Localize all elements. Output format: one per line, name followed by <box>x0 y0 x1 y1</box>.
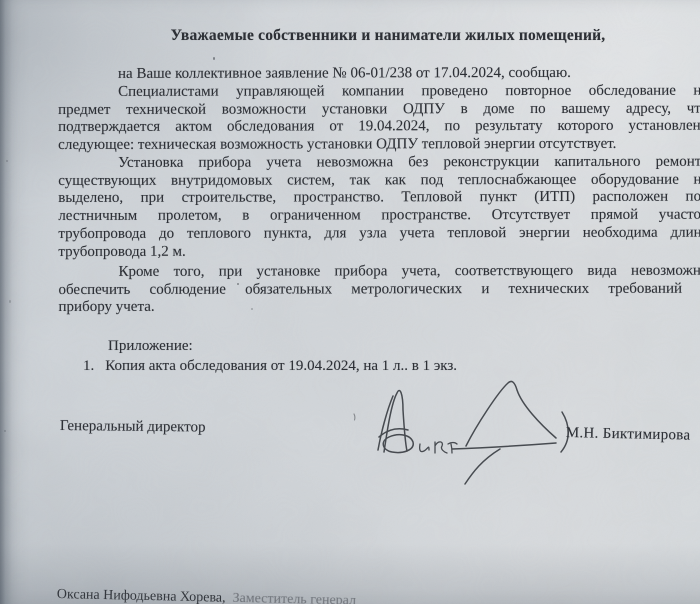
dust-speck <box>237 283 239 285</box>
body-line: Кроме того, при установке прибора учета,… <box>58 262 700 281</box>
body-line: выделено, при строительстве, пространств… <box>58 189 700 208</box>
dust-speck <box>4 430 6 432</box>
body-line: лестничным пролетом, в ограниченном прос… <box>58 207 700 226</box>
attachment-heading: Приложение: <box>108 338 193 355</box>
footer-name: Оксана Нифодьевна Хорева, <box>57 587 226 604</box>
body-line: подтверждается актом обследования от 19.… <box>58 118 700 137</box>
footer-contact-line: Оксана Нифодьевна Хорева,Заместитель ген… <box>57 587 357 604</box>
body-line: предмет технической возможности установк… <box>58 100 700 119</box>
body-line: трубопровода до теплового пункта, для уз… <box>58 224 700 243</box>
body-line: Установка прибора учета невозможна без р… <box>58 153 700 172</box>
dust-speck <box>213 57 215 60</box>
dust-speck <box>251 308 253 310</box>
letter-body: на Ваше коллективное заявление № 06-01/2… <box>58 65 700 317</box>
attachment-item-number: 1. <box>83 358 94 374</box>
body-line: прибору учета. <box>58 298 700 317</box>
body-line: существующих внутридомовых систем, так к… <box>58 171 700 190</box>
signature-mark-icon <box>354 414 355 420</box>
body-line: Специалистами управляющей компании прове… <box>58 82 700 101</box>
body-line: трубопровода 1,2 м. <box>58 242 700 261</box>
scanned-letter-page: Уважаемые собственники и наниматели жилы… <box>0 0 700 604</box>
body-line: обеспечить соблюдение обязательных метро… <box>58 280 700 299</box>
handwritten-signature <box>340 360 580 500</box>
body-line: на Ваше коллективное заявление № 06-01/2… <box>58 65 700 84</box>
dust-speck <box>9 300 11 303</box>
letter-title: Уважаемые собственники и наниматели жилы… <box>58 27 700 45</box>
signer-position: Генеральный директор <box>60 418 206 437</box>
dust-speck <box>6 160 8 162</box>
signer-name: М.Н. Биктимирова <box>566 425 691 445</box>
body-line: следующее: техническая возможность устан… <box>58 136 700 155</box>
footer-role: Заместитель генерал <box>232 591 356 604</box>
